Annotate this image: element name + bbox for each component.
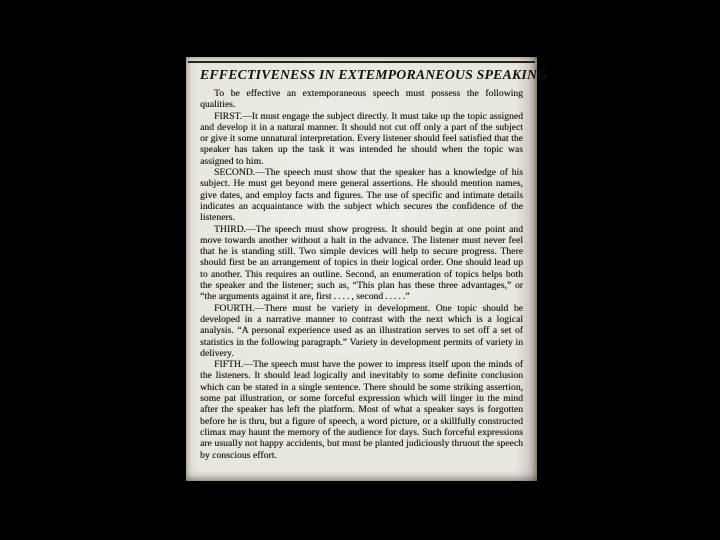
page-body: To be effective an extemporaneous speech… bbox=[200, 88, 523, 461]
scanned-book-page: EFFECTIVENESS IN EXTEMPORANEOUS SPEAKING… bbox=[186, 57, 537, 481]
paragraph-fifth: FIFTH.—The speech must have the power to… bbox=[200, 359, 523, 461]
photo-black-background: EFFECTIVENESS IN EXTEMPORANEOUS SPEAKING… bbox=[0, 0, 720, 540]
page-title: EFFECTIVENESS IN EXTEMPORANEOUS SPEAKING bbox=[200, 67, 523, 83]
paragraph-first: FIRST.—It must engage the subject direct… bbox=[200, 111, 523, 167]
paragraph-third: THIRD.—The speech must show progress. It… bbox=[200, 224, 523, 303]
header-rule bbox=[188, 61, 535, 63]
paragraph-fourth: FOURTH.—There must be variety in develop… bbox=[200, 303, 523, 359]
paragraph-second: SECOND.—The speech must show that the sp… bbox=[200, 167, 523, 223]
intro-paragraph: To be effective an extemporaneous speech… bbox=[200, 88, 523, 111]
